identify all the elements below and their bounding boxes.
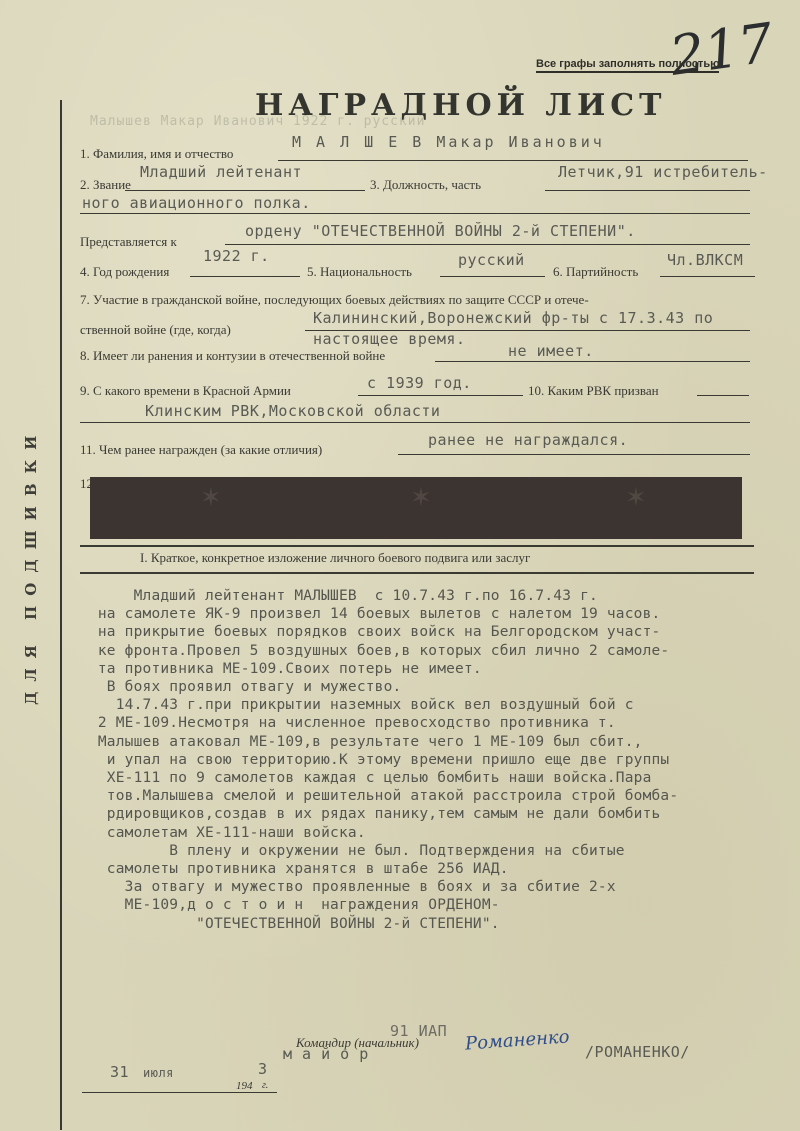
field-label: 4. Год рождения bbox=[80, 264, 169, 279]
underline bbox=[125, 190, 365, 191]
field-label: 7. Участие в гражданской войне, последую… bbox=[80, 292, 589, 307]
field-label: 8. Имеет ли ранения и контузии в отечест… bbox=[80, 348, 385, 363]
narrative-line: тов.Малышева смелой и решительной атакой… bbox=[80, 787, 780, 805]
field-label: 9. С какого времени в Красной Армии bbox=[80, 383, 291, 398]
field-previous-awards-value: ранее не награждался. bbox=[428, 431, 628, 449]
watermark-star-icon: ✶ bbox=[410, 483, 432, 513]
narrative-line: "ОТЕЧЕСТВЕННОЙ ВОЙНЫ 2-й СТЕПЕНИ". bbox=[80, 915, 780, 933]
redacted-block: ✶ ✶ ✶ bbox=[90, 477, 742, 539]
underline bbox=[435, 361, 750, 362]
field-full-name: 1. Фамилия, имя и отчество bbox=[80, 146, 233, 162]
underline bbox=[80, 422, 750, 423]
field-position-continuation: ного авиационного полка. bbox=[82, 194, 311, 212]
field-nominated: Представляется к bbox=[80, 234, 177, 250]
date-underline bbox=[82, 1092, 277, 1093]
field-war-participation-value-2: настоящее время. bbox=[313, 330, 466, 348]
field-party: 6. Партийность bbox=[553, 264, 638, 280]
commander-signature: Романенко bbox=[464, 1026, 570, 1054]
underline bbox=[80, 213, 750, 214]
field-label: 10. Каким РВК призван bbox=[528, 383, 659, 398]
underline bbox=[398, 454, 750, 455]
field-birth-year-value: 1922 г. bbox=[203, 247, 270, 265]
field-label: 2. Звание bbox=[80, 177, 131, 192]
narrative-line: Малышев атаковал МЕ-109,в результате чег… bbox=[80, 733, 780, 751]
binding-margin-rule bbox=[60, 100, 62, 1130]
underline bbox=[440, 276, 545, 277]
field-nationality-value: русский bbox=[458, 251, 525, 269]
date-year-prefix: 194 bbox=[236, 1080, 253, 1092]
section-rule-top bbox=[80, 545, 754, 547]
date-year-digit: 3 bbox=[258, 1060, 268, 1078]
narrative-line: За отвагу и мужество проявленные в боях … bbox=[80, 878, 780, 896]
narrative-line: на самолете ЯК-9 произвел 14 боевых выле… bbox=[80, 605, 780, 623]
field-war-participation-line2: ственной войне (где, когда) bbox=[80, 322, 231, 338]
narrative-line: 2 МЕ-109.Несмотря на численное превосход… bbox=[80, 714, 780, 732]
field-war-participation: 7. Участие в гражданской войне, последую… bbox=[80, 292, 589, 308]
field-party-value: Чл.ВЛКСМ bbox=[667, 251, 743, 269]
narrative-line: МЕ-109,д о с т о и н награждения ОРДЕНОМ… bbox=[80, 896, 780, 914]
underline bbox=[278, 160, 748, 161]
field-birth-year: 4. Год рождения bbox=[80, 264, 169, 280]
underline bbox=[190, 276, 300, 277]
underline bbox=[358, 395, 523, 396]
field-drafted-by-value: Клинским РВК,Московской области bbox=[145, 402, 440, 420]
field-previous-awards: 11. Чем ранее награжден (за какие отличи… bbox=[80, 442, 322, 458]
field-label: 1. Фамилия, имя и отчество bbox=[80, 146, 233, 161]
field-label: ственной войне (где, когда) bbox=[80, 322, 231, 337]
field-nominated-value: ордену "ОТЕЧЕСТВЕННОЙ ВОЙНЫ 2-й СТЕПЕНИ"… bbox=[245, 222, 636, 240]
header-note: Все графы заполнять полностью bbox=[536, 58, 719, 73]
section-title: I. Краткое, конкретное изложение личного… bbox=[140, 550, 530, 566]
field-label: 6. Партийность bbox=[553, 264, 638, 279]
date-day: 31 bbox=[110, 1063, 129, 1081]
narrative-line: на прикрытие боевых порядков своих войск… bbox=[80, 623, 780, 641]
narrative-line: Младший лейтенант МАЛЫШЕВ с 10.7.43 г.по… bbox=[80, 587, 780, 605]
field-army-since: 9. С какого времени в Красной Армии bbox=[80, 383, 291, 399]
field-label: Представляется к bbox=[80, 234, 177, 249]
narrative-line: самолеты противника хранятся в штабе 256… bbox=[80, 860, 780, 878]
narrative-line: В плену и окружении не был. Подтверждени… bbox=[80, 842, 780, 860]
underline bbox=[660, 276, 755, 277]
field-drafted-by: 10. Каким РВК призван bbox=[528, 383, 659, 399]
faint-overprint: Малышев Макар Иванович 1922 г. русский bbox=[90, 114, 425, 129]
field-label: 5. Национальность bbox=[307, 264, 412, 279]
handwritten-number: 217 bbox=[666, 11, 777, 88]
date-year-suffix: г. bbox=[262, 1080, 268, 1091]
field-position: 3. Должность, часть bbox=[370, 177, 481, 193]
field-rank: 2. Звание bbox=[80, 177, 131, 193]
underline bbox=[545, 190, 750, 191]
narrative-text: Младший лейтенант МАЛЫШЕВ с 10.7.43 г.по… bbox=[80, 587, 780, 933]
field-war-participation-value: Калининский,Воронежский фр-ты с 17.3.43 … bbox=[313, 309, 713, 327]
narrative-line: ке фронта.Провел 5 воздушных боев,в кото… bbox=[80, 642, 780, 660]
field-full-name-value: М А Л Ш Е В Макар Иванович bbox=[292, 133, 605, 151]
underline bbox=[697, 395, 749, 396]
field-label: 3. Должность, часть bbox=[370, 177, 481, 192]
narrative-line: и упал на свою территорию.К этому времен… bbox=[80, 751, 780, 769]
field-nationality: 5. Национальность bbox=[307, 264, 412, 280]
underline bbox=[225, 244, 750, 245]
field-wounds: 8. Имеет ли ранения и контузии в отечест… bbox=[80, 348, 385, 364]
narrative-line: самолетам ХЕ-111-наши войска. bbox=[80, 824, 780, 842]
narrative-line: ХЕ-111 по 9 самолетов каждая с целью бом… bbox=[80, 769, 780, 787]
narrative-line: та противника МЕ-109.Своих потерь не име… bbox=[80, 660, 780, 678]
section-rule-bottom bbox=[80, 572, 754, 574]
field-position-value: Летчик,91 истребитель- bbox=[558, 163, 768, 181]
narrative-line: рдировщиков,создав в их рядах панику,тем… bbox=[80, 805, 780, 823]
narrative-line: 14.7.43 г.при прикрытии наземных войск в… bbox=[80, 696, 780, 714]
commander-name: /РОМАНЕНКО/ bbox=[585, 1043, 690, 1061]
date-month: июля bbox=[143, 1066, 174, 1080]
field-army-since-value: с 1939 год. bbox=[367, 374, 472, 392]
watermark-star-icon: ✶ bbox=[625, 483, 647, 513]
narrative-line: В боях проявил отвагу и мужество. bbox=[80, 678, 780, 696]
field-wounds-value: не имеет. bbox=[508, 342, 594, 360]
watermark-star-icon: ✶ bbox=[200, 483, 222, 513]
field-label: 11. Чем ранее награжден (за какие отличи… bbox=[80, 442, 322, 457]
field-rank-value: Младший лейтенант bbox=[140, 163, 302, 181]
binding-margin-label: ДЛЯ ПОДШИВКИ bbox=[22, 426, 40, 705]
commander-rank: м а й о р bbox=[283, 1045, 369, 1063]
